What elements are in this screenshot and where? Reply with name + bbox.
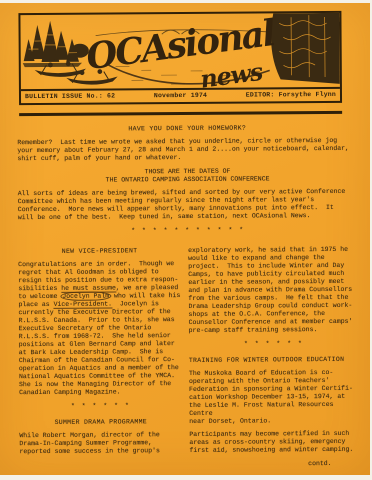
newsletter-body: HAVE YOU DONE YOUR HOMEWORK? Remember? L… bbox=[17, 116, 359, 470]
winter-training-paragraph-1: The Muskoka Board of Education is co- op… bbox=[189, 369, 359, 426]
winter-training-paragraph-2: Participants may become certified in suc… bbox=[189, 430, 359, 455]
right-column: exploratory work, he said that in 1975 h… bbox=[188, 238, 360, 469]
editor-credit: EDITOR: Forsythe Flynn bbox=[246, 91, 336, 99]
newsletter-paper: OCAsional news BULLETIN ISSUE No.: 62 No… bbox=[0, 3, 370, 475]
bulletin-issue: BULLETIN ISSUE No.: 62 bbox=[25, 92, 115, 100]
winter-training-heading: TRAINING FOR WINTER OUTDOOR EDUCATION bbox=[189, 356, 359, 365]
two-column-area: NEW VICE-PRESIDENT Congratulations are i… bbox=[18, 238, 360, 470]
summer-drama-paragraph: While Robert Morgan, director of the Dra… bbox=[19, 431, 182, 456]
homework-paragraph: Remember? Last time we wrote we asked th… bbox=[17, 137, 357, 163]
vice-president-heading: NEW VICE-PRESIDENT bbox=[18, 247, 181, 256]
left-column: NEW VICE-PRESIDENT Congratulations are i… bbox=[18, 239, 183, 470]
conference-paragraph: All sorts of ideas are being brewed, sif… bbox=[18, 188, 358, 222]
trees-left-icon bbox=[22, 21, 88, 67]
vice-president-paragraph: Congratulations are in order. Though we … bbox=[18, 260, 182, 397]
camp-lake-scene-icon: OCAsional news bbox=[20, 13, 340, 89]
masthead-info-row: BULLETIN ISSUE No.: 62 November 1974 EDI… bbox=[21, 87, 340, 103]
homework-heading: HAVE YOU DONE YOUR HOMEWORK? bbox=[17, 124, 357, 134]
masthead: OCAsional news BULLETIN ISSUE No.: 62 No… bbox=[18, 11, 342, 105]
continued-note: contd. bbox=[308, 460, 331, 468]
asterisk-separator: * * * * * * * * * * * bbox=[18, 226, 358, 236]
summer-drama-heading: SUMMER DRAMA PROGRAMME bbox=[19, 418, 182, 427]
asterisk-separator: * * * * * * bbox=[19, 402, 182, 411]
scanned-newsletter-page: { "colors": { "paper": "#f2a42c", "ink":… bbox=[0, 0, 372, 480]
summer-drama-continued: exploratory work, he said that in 1975 h… bbox=[188, 246, 359, 335]
issue-date: November 1974 bbox=[154, 92, 207, 99]
asterisk-separator: * * * * * * bbox=[189, 340, 359, 349]
masthead-illustration: OCAsional news bbox=[20, 13, 340, 89]
trees-right-icon bbox=[271, 13, 340, 84]
conference-dates-lines: THOSE ARE THE DATES OF THE ONTARIO CAMPI… bbox=[18, 167, 358, 185]
